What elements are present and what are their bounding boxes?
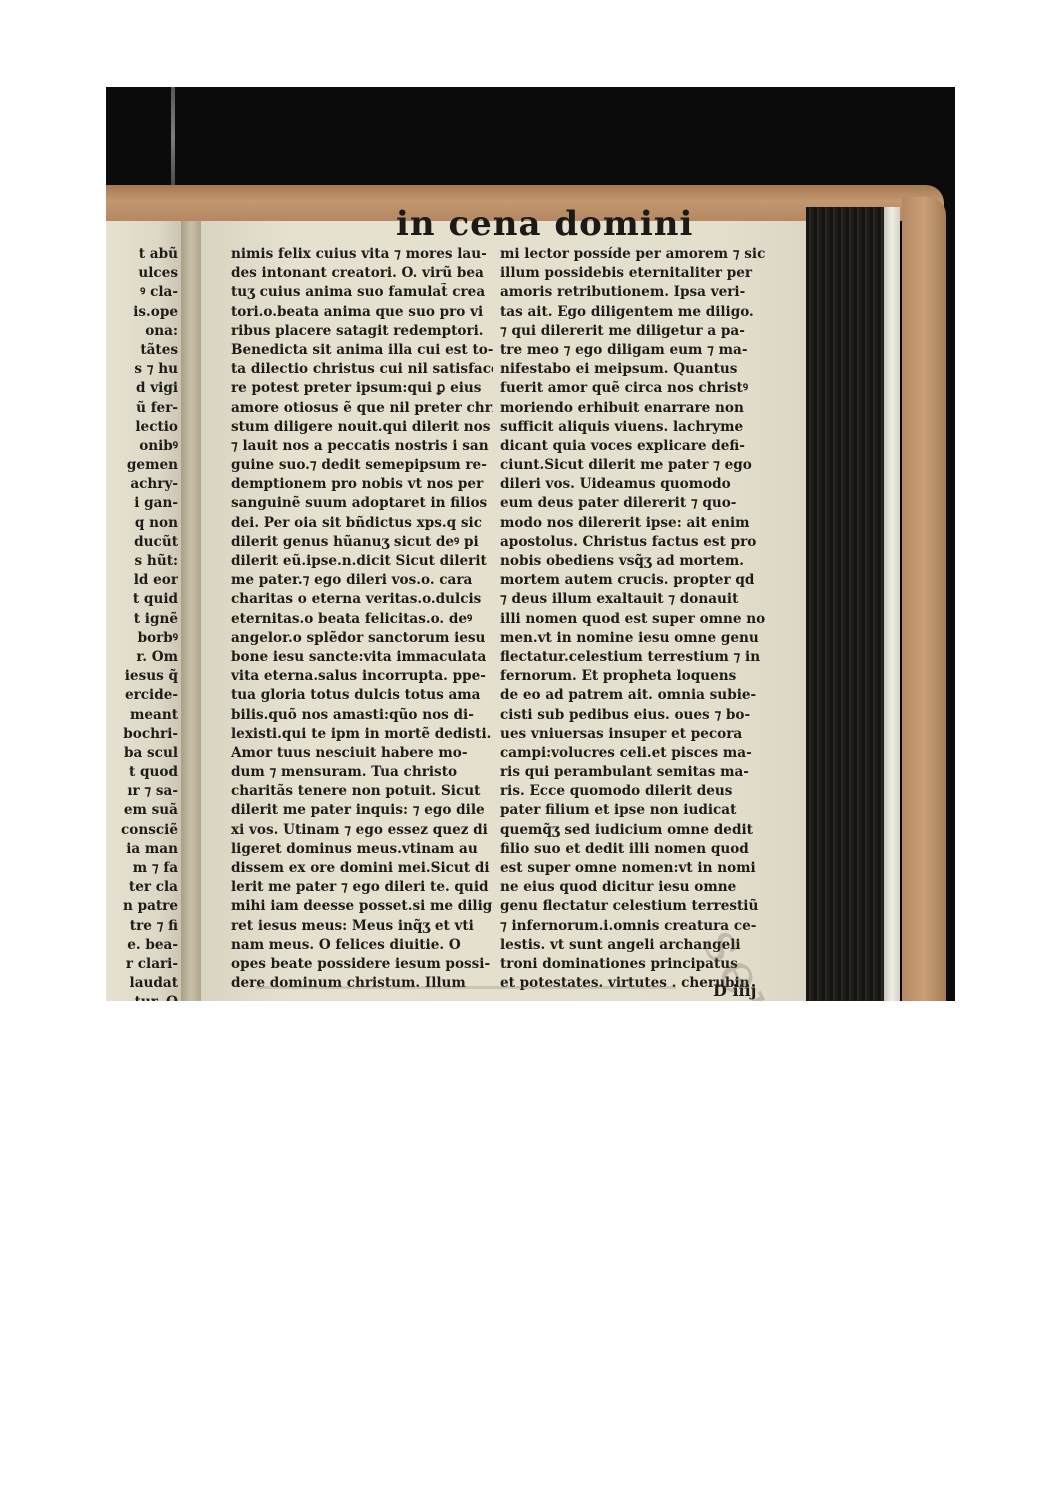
text-line: dere dominum christum. Illum xyxy=(231,974,493,993)
text-line: fernorum. Et propheta loquens xyxy=(500,667,795,686)
text-line: tre meo ⁊ ego diligam eum ⁊ ma- xyxy=(500,341,795,360)
fragment-line: i gan- xyxy=(108,494,178,513)
fore-edge xyxy=(806,207,884,1001)
text-line: modo nos dilererit ipse: ait enim xyxy=(500,514,795,533)
text-line: me pater.⁊ ego dileri vos.o. cara xyxy=(231,571,493,590)
book-scan: t abũulcesꝰ cla-is.opeona:tãtess ⁊ hud v… xyxy=(106,87,955,1001)
text-line: guine suo.⁊ dedit semepipsum re- xyxy=(231,456,493,475)
text-line: lexisti.qui te ipm in mortẽ dedisti. xyxy=(231,725,493,744)
text-line: illum possidebis eternitaliter per xyxy=(500,264,795,283)
text-line: de eo ad patrem ait. omnia subie- xyxy=(500,686,795,705)
text-line: nobis obediens vsq̃ʒ ad mortem. xyxy=(500,552,795,571)
fragment-line: ır ⁊ sa- xyxy=(108,782,178,801)
fragment-line: laudat xyxy=(108,974,178,993)
text-line: ris. Ecce quomodo dilerit deus xyxy=(500,782,795,801)
text-line: nifestabo ei meipsum. Quantus xyxy=(500,360,795,379)
fragment-line: ona: xyxy=(108,322,178,341)
fragment-line: q non xyxy=(108,514,178,533)
text-column-right: mi lector possíde per amorem ⁊ sicillum … xyxy=(500,245,795,993)
text-line: mortem autem crucis. propter qd xyxy=(500,571,795,590)
text-line: ciunt.Sicut dilerit me pater ⁊ ego xyxy=(500,456,795,475)
text-line: vita eterna.salus incorrupta. ppe- xyxy=(231,667,493,686)
text-line: Benedicta sit anima illa cui est to- xyxy=(231,341,493,360)
text-line: sanguinẽ suum adoptaret in filios xyxy=(231,494,493,513)
text-line: est super omne nomen:vt in nomi xyxy=(500,859,795,878)
text-line: eum deus pater dilererit ⁊ quo- xyxy=(500,494,795,513)
text-line: nam meus. O felices diuitie. O xyxy=(231,936,493,955)
show-through-line xyxy=(256,986,676,989)
text-line: ues vniuersas insuper et pecora xyxy=(500,725,795,744)
text-line: moriendo erhibuit enarrare non xyxy=(500,399,795,418)
text-line: quemq̃ʒ sed iudicium omne dedit xyxy=(500,821,795,840)
text-line: ligeret dominus meus.vtinam au xyxy=(231,840,493,859)
text-line: ⁊ qui dilererit me diligetur a pa- xyxy=(500,322,795,341)
text-line: dileri vos. Uideamus quomodo xyxy=(500,475,795,494)
text-line: tori.o.beata anima que suo pro vi xyxy=(231,303,493,322)
fragment-line: ter cla xyxy=(108,878,178,897)
fragment-line: ld eor xyxy=(108,571,178,590)
text-line: eternitas.o beata felicitas.o. deꝰ xyxy=(231,610,493,629)
fragment-line: ũ fer- xyxy=(108,399,178,418)
fragment-line: meant xyxy=(108,706,178,725)
text-line: opes beate possidere iesum possi- xyxy=(231,955,493,974)
fragment-line: tãtes xyxy=(108,341,178,360)
text-line: demptionem pro nobis vt nos per xyxy=(231,475,493,494)
fragment-line: ercide- xyxy=(108,686,178,705)
fragment-line: tur. O xyxy=(108,993,178,1001)
fragment-line: m ⁊ fa xyxy=(108,859,178,878)
text-line: cisti sub pedibus eius. oues ⁊ bo- xyxy=(500,706,795,725)
fragment-line: r. Om xyxy=(108,648,178,667)
text-line: tas ait. Ego diligentem me diligo. xyxy=(500,303,795,322)
text-line: ret iesus meus: Meus inq̃ʒ et vti xyxy=(231,917,493,936)
text-column-left: nimis felix cuius vita ⁊ mores lau-des i… xyxy=(231,245,493,993)
fragment-line: consciẽ xyxy=(108,821,178,840)
text-line: bilis.quõ nos amasti:qũo nos di- xyxy=(231,706,493,725)
text-line: dei. Per oia sit bñdictus xps.q sic xyxy=(231,514,493,533)
fragment-line: ducũt xyxy=(108,533,178,552)
text-line: dicant quia voces explicare defi- xyxy=(500,437,795,456)
text-line: tua gloria totus dulcis totus ama xyxy=(231,686,493,705)
text-line: genu flectatur celestium terrestiũ xyxy=(500,897,795,916)
fragment-line: iesus q̃ xyxy=(108,667,178,686)
text-line: dissem ex ore domini mei.Sicut di xyxy=(231,859,493,878)
text-line: sufficit aliquis viuens. lachryme xyxy=(500,418,795,437)
text-line: re potest preter ipsum:qui ꝑ eius xyxy=(231,379,493,398)
text-line: ris qui perambulant semitas ma- xyxy=(500,763,795,782)
fore-edge-paper xyxy=(884,207,900,1001)
text-line: des intonant creatori. O. virũ bea xyxy=(231,264,493,283)
text-line: mi lector possíde per amorem ⁊ sic xyxy=(500,245,795,264)
fragment-line: t abũ xyxy=(108,245,178,264)
text-line: men.vt in nomine iesu omne genu xyxy=(500,629,795,648)
text-line: lerit me pater ⁊ ego dileri te. quid xyxy=(231,878,493,897)
fragment-line: s hũt: xyxy=(108,552,178,571)
text-line: dilerit genus hũanuʒ sicut deꝰ pi xyxy=(231,533,493,552)
text-line: dum ⁊ mensuram. Tua christo xyxy=(231,763,493,782)
fragment-line: d vigi xyxy=(108,379,178,398)
text-line: charitãs tenere non potuit. Sicut xyxy=(231,782,493,801)
text-line: charitas o eterna veritas.o.dulcis xyxy=(231,590,493,609)
text-line: ne eius quod dicitur iesu omne xyxy=(500,878,795,897)
text-line: ⁊ deus illum exaltauit ⁊ donauit xyxy=(500,590,795,609)
fragment-line: ia man xyxy=(108,840,178,859)
fragment-line: ꝰ cla- xyxy=(108,283,178,302)
stand-reflection xyxy=(171,87,175,187)
text-line: campi:volucres celi.et pisces ma- xyxy=(500,744,795,763)
text-line: pater filium et ipse non iudicat xyxy=(500,801,795,820)
fragment-line: gemen xyxy=(108,456,178,475)
fragment-line: t quod xyxy=(108,763,178,782)
text-line: mihi iam deesse posset.si me dilige xyxy=(231,897,493,916)
left-page-text-fragments: t abũulcesꝰ cla-is.opeona:tãtess ⁊ hud v… xyxy=(108,245,178,1001)
fragment-line: t quid xyxy=(108,590,178,609)
fragment-line: ulces xyxy=(108,264,178,283)
text-line: ta dilectio christus cui nil satisface xyxy=(231,360,493,379)
text-line: dilerit me pater inquis: ⁊ ego dile xyxy=(231,801,493,820)
text-line: dilerit eũ.ipse.n.dicit Sicut dilerit xyxy=(231,552,493,571)
text-line: ribus placere satagit redemptori. xyxy=(231,322,493,341)
fragment-line: tre ⁊ fi xyxy=(108,917,178,936)
fragment-line: e. bea- xyxy=(108,936,178,955)
fragment-line: bochri- xyxy=(108,725,178,744)
text-line: filio suo et dedit illi nomen quod xyxy=(500,840,795,859)
text-line: apostolus. Christus factus est pro xyxy=(500,533,795,552)
fragment-line: achry- xyxy=(108,475,178,494)
fragment-line: r clari- xyxy=(108,955,178,974)
text-line: ⁊ lauit nos a peccatis nostris i san xyxy=(231,437,493,456)
text-line: amoris retributionem. Ipsa veri- xyxy=(500,283,795,302)
fragment-line: borbꝰ xyxy=(108,629,178,648)
text-line: xi vos. Utinam ⁊ ego essez quez di xyxy=(231,821,493,840)
text-line: tuʒ cuius anima suo famulat̃ crea xyxy=(231,283,493,302)
fragment-line: n patre xyxy=(108,897,178,916)
text-line: flectatur.celestium terrestium ⁊ in xyxy=(500,648,795,667)
fragment-line: s ⁊ hu xyxy=(108,360,178,379)
text-line: bone iesu sancte:vita immaculata xyxy=(231,648,493,667)
fragment-line: ba scul xyxy=(108,744,178,763)
binding-right-edge xyxy=(902,197,946,1001)
text-line: Amor tuus nesciuit habere mo- xyxy=(231,744,493,763)
page-gutter xyxy=(181,221,201,1001)
fragment-line: t ignẽ xyxy=(108,610,178,629)
text-line: fuerit amor quẽ circa nos christꝰ xyxy=(500,379,795,398)
text-line: angelor.o splẽdor sanctorum iesu xyxy=(231,629,493,648)
fragment-line: is.ope xyxy=(108,303,178,322)
fragment-line: lectio xyxy=(108,418,178,437)
text-line: amore otiosus ẽ que nil preter chri xyxy=(231,399,493,418)
running-head: in cena domini xyxy=(396,204,693,244)
fragment-line: em suã xyxy=(108,801,178,820)
text-line: nimis felix cuius vita ⁊ mores lau- xyxy=(231,245,493,264)
text-line: stum diligere nouit.qui dilerit nos xyxy=(231,418,493,437)
text-line: illi nomen quod est super omne no xyxy=(500,610,795,629)
fragment-line: onibꝰ xyxy=(108,437,178,456)
